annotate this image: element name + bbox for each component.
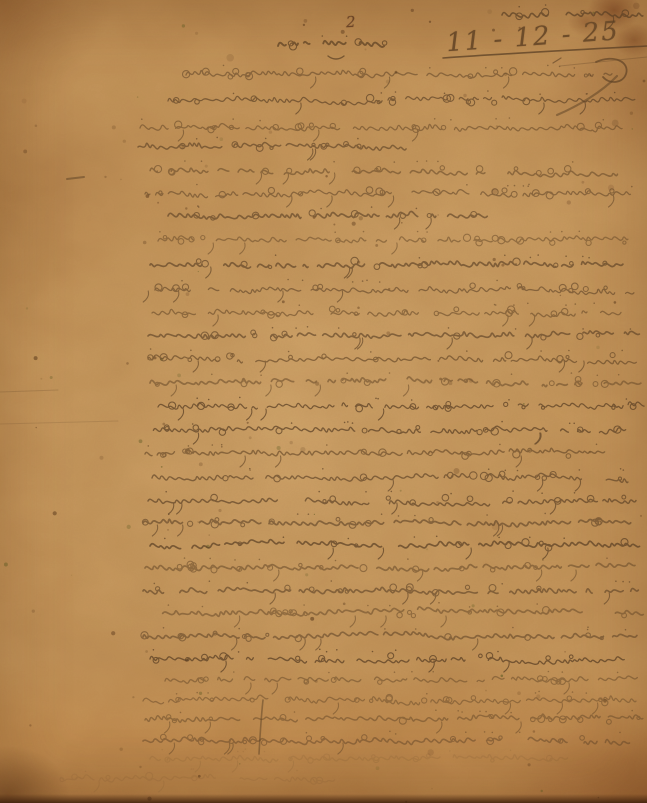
handwriting-line xyxy=(158,231,628,255)
date-tick xyxy=(553,58,561,63)
handwriting-line xyxy=(150,372,641,396)
line1-flourish xyxy=(596,59,627,82)
diagonal-stroke xyxy=(557,76,617,115)
handwriting-line xyxy=(142,513,630,536)
handwriting-line xyxy=(148,348,637,372)
handwriting-line xyxy=(145,184,639,207)
handwriting-line xyxy=(145,557,635,581)
handwriting-line xyxy=(60,768,335,792)
handwriting-line xyxy=(168,90,644,114)
handwriting-line xyxy=(150,536,640,560)
page-number: 2 xyxy=(346,13,356,31)
bottom-edge-shadow xyxy=(0,794,647,803)
handwriting-line xyxy=(150,649,624,673)
handwriting-line xyxy=(152,302,621,326)
handwriting-line xyxy=(143,691,636,714)
handwriting-layer xyxy=(0,0,647,803)
handwriting-line xyxy=(145,709,643,733)
margin-dash xyxy=(67,177,84,179)
handwriting-line xyxy=(148,490,636,514)
descender-stroke xyxy=(259,700,263,754)
ink-flourishes xyxy=(0,46,647,754)
handwriting-line xyxy=(143,279,634,302)
paper-speckles xyxy=(4,3,645,803)
handwriting-line xyxy=(158,397,644,420)
handwriting-line xyxy=(163,603,643,627)
handwriting-line xyxy=(143,580,638,604)
crease-line-2 xyxy=(0,421,118,424)
handwriting-line xyxy=(140,117,622,141)
title-script xyxy=(278,35,395,50)
handwriting-line xyxy=(138,137,406,160)
handwriting-line xyxy=(152,468,628,491)
date-annotation: 11 - 12 - 25 xyxy=(445,14,647,59)
handwriting-line xyxy=(141,626,637,650)
handwriting-line xyxy=(150,160,617,184)
handwriting-line xyxy=(145,444,605,468)
handwriting-line xyxy=(150,254,623,278)
manuscript-page: 2 11 - 12 - 25 xyxy=(0,0,647,803)
handwriting-line xyxy=(143,731,630,755)
paper-texture xyxy=(0,0,647,803)
date-underline-faint xyxy=(560,57,647,66)
handwriting-line xyxy=(168,205,487,229)
title-tail-mark xyxy=(328,56,344,59)
handwriting-line xyxy=(150,748,568,772)
handwriting-line xyxy=(165,671,637,694)
handwriting-line xyxy=(183,65,613,88)
handwriting-line xyxy=(153,421,625,444)
handwriting-line xyxy=(148,326,639,349)
crease-line-1 xyxy=(0,390,58,392)
